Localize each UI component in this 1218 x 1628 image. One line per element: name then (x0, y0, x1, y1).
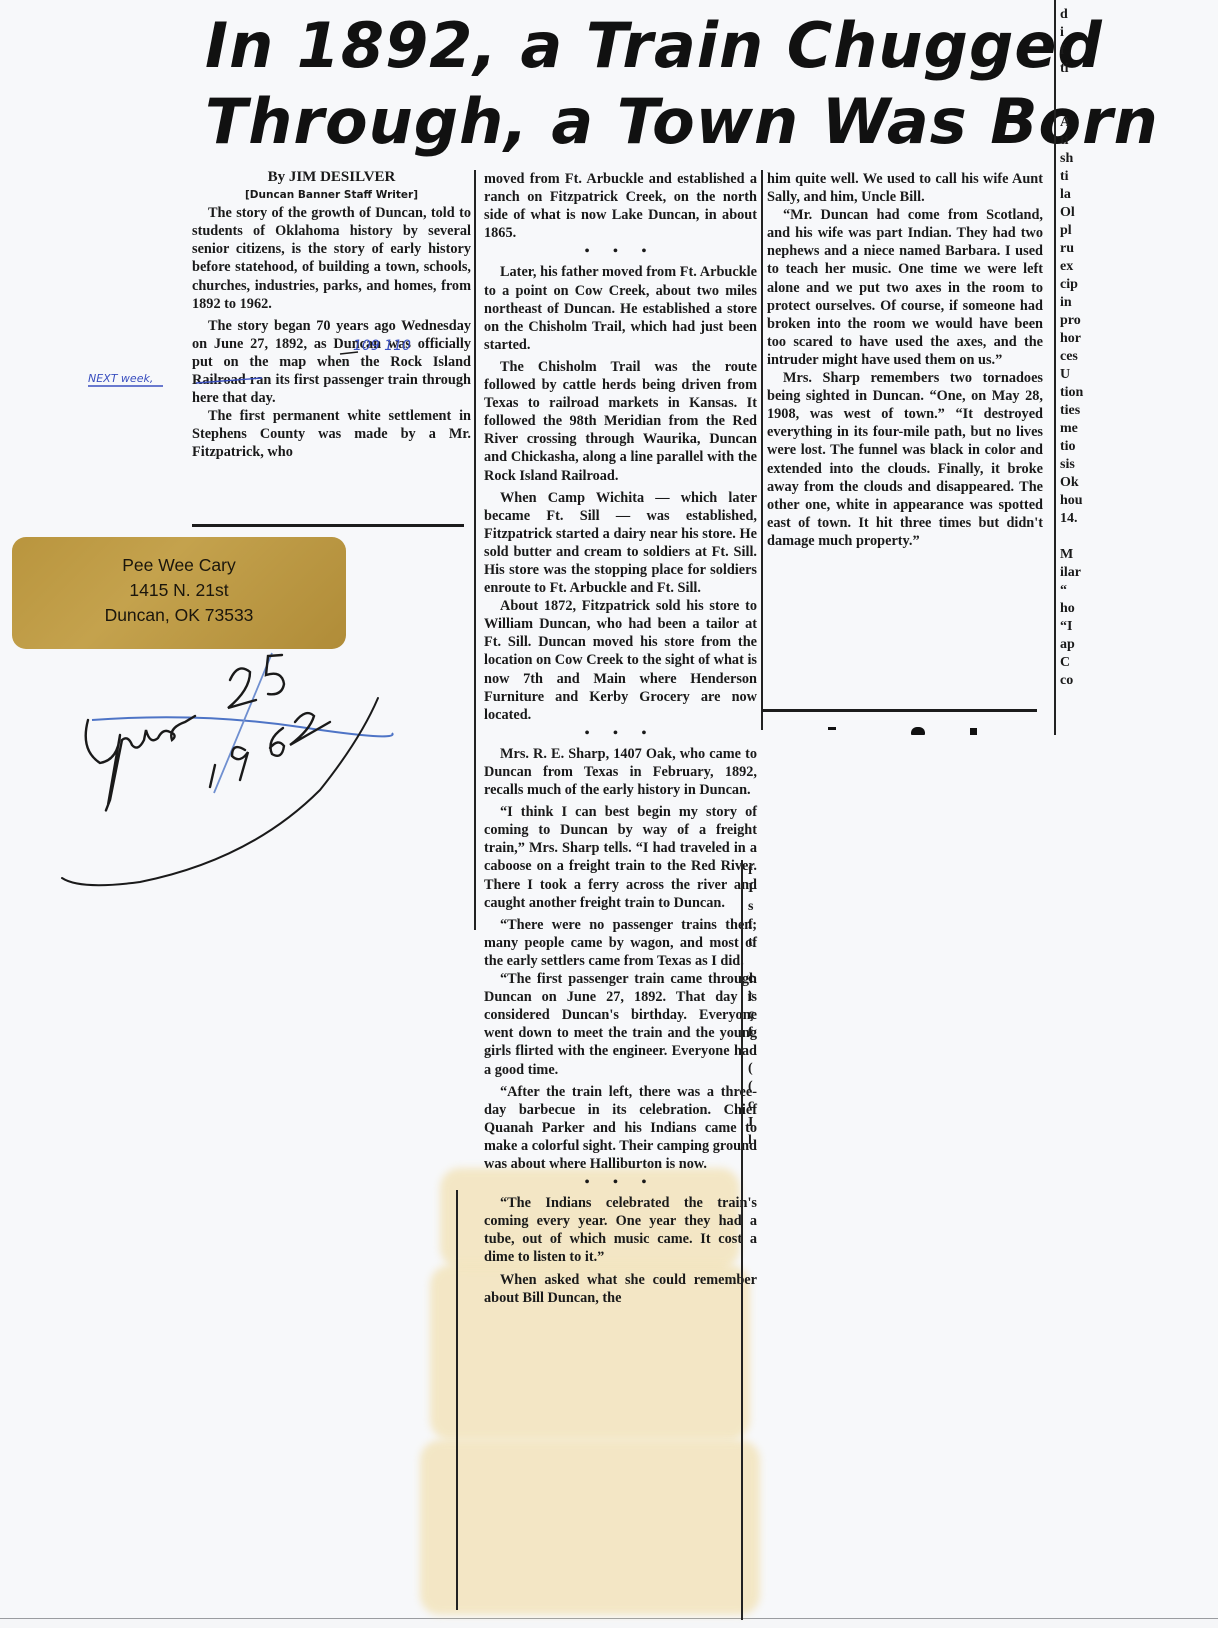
pencil-year-note: 109 110 (353, 338, 411, 354)
handwritten-date-annotation (0, 0, 1218, 1628)
margin-note: NEXT week, (88, 372, 153, 385)
